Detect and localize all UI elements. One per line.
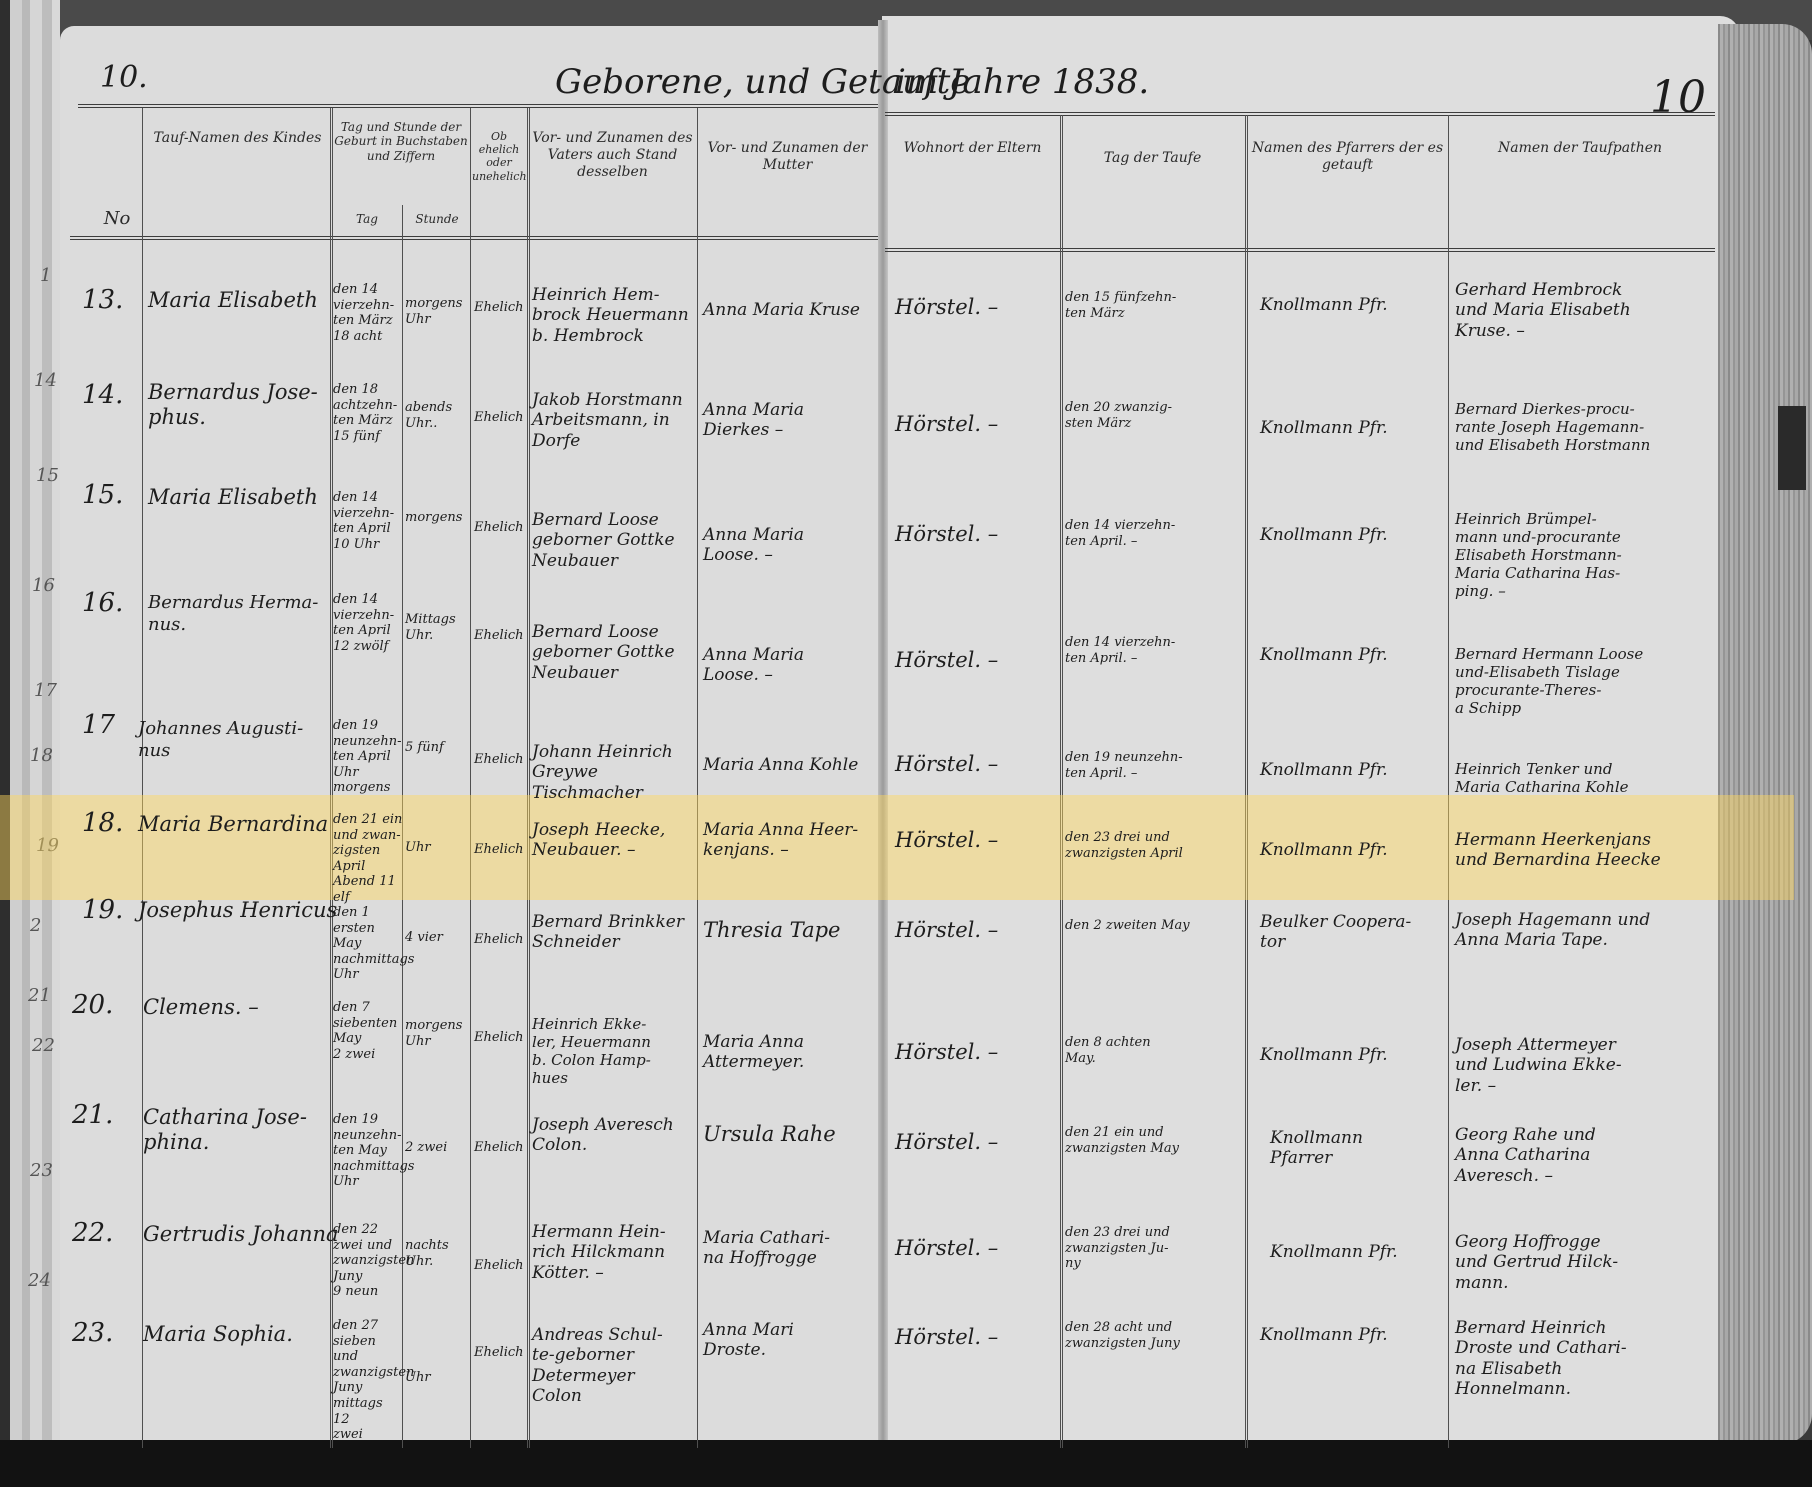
margin-number: 22 [32, 1035, 55, 1057]
father-name: Joseph Heecke, Neubauer. – [532, 820, 697, 861]
father-name: Andreas Schul- te-geborner Determeyer Co… [532, 1325, 697, 1407]
residence: Hörstel. – [895, 522, 998, 547]
margin-number: 16 [32, 575, 55, 597]
godparents: Gerhard Hembrock und Maria Elisabeth Kru… [1455, 280, 1710, 341]
margin-number: 1 [40, 265, 51, 287]
col-rule-priest [1448, 115, 1449, 1448]
priest-name: Knollmann Pfr. [1260, 760, 1388, 780]
residence: Hörstel. – [895, 1130, 998, 1155]
margin-number: 15 [36, 465, 59, 487]
legitimacy: Ehelich [474, 932, 524, 948]
birth-hour: morgens [405, 510, 469, 526]
baptism-day: den 15 fünfzehn- ten März [1065, 290, 1240, 321]
birth-hour: morgens Uhr [405, 1018, 469, 1049]
baptism-day: den 14 vierzehn- ten April. – [1065, 518, 1240, 549]
col-rule-baptism [1245, 115, 1248, 1448]
mother-name: Maria Anna Kohle [703, 755, 858, 775]
entry-number: 17 [82, 710, 115, 741]
baptism-day: den 28 acht und zwanzigsten Juny [1065, 1320, 1240, 1351]
child-name: Bernardus Herma- nus. [148, 592, 328, 635]
col-header-residence: Wohnort der Eltern [890, 140, 1055, 157]
birth-day: den 21 ein und zwan- zigsten April Abend… [333, 812, 403, 906]
entry-number: 19. [82, 895, 123, 926]
mother-name: Maria Anna Heer- kenjans. – [703, 820, 873, 861]
child-name: Maria Sophia. [143, 1322, 293, 1347]
residence: Hörstel. – [895, 412, 998, 437]
header-bottom-rule-left [70, 236, 878, 240]
entry-number: 15. [82, 480, 123, 511]
priest-name: Beulker Coopera- tor [1260, 912, 1445, 953]
residence: Hörstel. – [895, 1236, 998, 1261]
godparents: Joseph Attermeyer und Ludwina Ekke- ler.… [1455, 1035, 1710, 1096]
col-header-mother: Vor- und Zunamen der Mutter [700, 140, 875, 174]
residence: Hörstel. – [895, 648, 998, 673]
entry-number: 21. [72, 1100, 113, 1131]
col-header-baptism-day: Tag der Taufe [1065, 150, 1240, 167]
child-name: Catharina Jose- phina. [143, 1105, 328, 1155]
mother-name: Thresia Tape [703, 918, 840, 943]
father-name: Heinrich Hem- brock Heuermann b. Hembroc… [532, 285, 697, 346]
baptism-day: den 20 zwanzig- sten März [1065, 400, 1240, 431]
birth-hour: morgens Uhr [405, 296, 469, 327]
legitimacy: Ehelich [474, 628, 524, 644]
col-header-priest: Namen des Pfarrers der es getauft [1250, 140, 1445, 174]
father-name: Bernard Loose geborner Gottke Neubauer [532, 510, 697, 571]
margin-number: 2 [30, 915, 41, 937]
legitimacy: Ehelich [474, 842, 524, 858]
residence: Hörstel. – [895, 918, 998, 943]
mother-name: Maria Cathari- na Hoffrogge [703, 1228, 873, 1269]
legitimacy: Ehelich [474, 1345, 524, 1361]
birth-hour: Uhr [405, 1370, 431, 1386]
entry-number: 23. [72, 1318, 113, 1349]
register-title-right: im Jahre 1838. [895, 62, 1149, 103]
margin-number: 23 [30, 1160, 53, 1182]
birth-hour: Mittags Uhr. [405, 612, 469, 643]
child-name: Gertrudis Johanna [143, 1222, 339, 1247]
birth-day: den 1 ersten May nachmittags Uhr [333, 905, 403, 983]
godparents: Georg Hoffrogge und Gertrud Hilck- mann. [1455, 1232, 1710, 1293]
mother-name: Anna Maria Loose. – [703, 645, 873, 686]
col-header-birth: Tag und Stunde der Geburt in Buchstaben … [333, 120, 469, 163]
col-header-godparents: Namen der Taufpathen [1455, 140, 1705, 157]
father-name: Bernard Brinkker Schneider [532, 912, 697, 953]
header-top-rule-left [78, 104, 878, 108]
baptism-day: den 23 drei und zwanzigsten April [1065, 830, 1240, 861]
legitimacy: Ehelich [474, 410, 524, 426]
birth-hour: abends Uhr.. [405, 400, 469, 431]
priest-name: Knollmann Pfr. [1260, 840, 1388, 860]
father-name: Bernard Loose geborner Gottke Neubauer [532, 622, 697, 683]
baptism-day: den 21 ein und zwanzigsten May [1065, 1125, 1240, 1156]
father-name: Johann Heinrich Greywe Tischmacher [532, 742, 697, 803]
col-header-legitimate: Ob ehelich oder unehelich [472, 130, 526, 183]
child-name: Josephus Henricus [138, 898, 337, 923]
legitimacy: Ehelich [474, 1140, 524, 1156]
entry-number: 20. [72, 990, 113, 1021]
godparents: Bernard Hermann Loose und-Elisabeth Tisl… [1455, 645, 1710, 717]
baptism-day: den 23 drei und zwanzigsten Ju- ny [1065, 1225, 1240, 1272]
child-name: Bernardus Jose- phus. [148, 380, 328, 430]
godparents: Georg Rahe und Anna Catharina Averesch. … [1455, 1125, 1710, 1186]
residence: Hörstel. – [895, 295, 998, 320]
birth-day: den 22 zwei und zwanzigsten Juny 9 neun [333, 1222, 403, 1300]
col-rule-father [697, 108, 698, 1448]
entry-number: 22. [72, 1218, 113, 1249]
scan-bottom-shadow [0, 1440, 1812, 1487]
book-fore-edge [1718, 24, 1812, 1444]
godparents: Bernard Dierkes-procu- rante Joseph Hage… [1455, 400, 1710, 454]
legitimacy: Ehelich [474, 1258, 524, 1274]
page-tab-marker [1778, 406, 1806, 490]
col-header-number: No [92, 208, 142, 230]
father-name: Hermann Hein- rich Hilckmann Kötter. – [532, 1222, 697, 1283]
priest-name: Knollmann Pfr. [1260, 525, 1388, 545]
header-bottom-rule-right [885, 248, 1715, 252]
priest-name: Knollmann Pfr. [1270, 1242, 1398, 1262]
birth-hour: 5 fünf [405, 740, 469, 756]
entry-number: 16. [82, 588, 123, 619]
legitimacy: Ehelich [474, 520, 524, 536]
col-rule-birthhour [470, 108, 471, 1448]
baptism-day: den 19 neunzehn- ten April. – [1065, 750, 1240, 781]
col-header-father: Vor- und Zunamen des Vaters auch Stand d… [530, 130, 695, 180]
priest-name: Knollmann Pfr. [1260, 1045, 1388, 1065]
margin-number: 24 [28, 1270, 51, 1292]
godparents: Hermann Heerkenjans und Bernardina Heeck… [1455, 830, 1710, 871]
margin-number: 17 [34, 680, 57, 702]
priest-name: Knollmann Pfr. [1260, 1325, 1388, 1345]
father-name: Joseph Averesch Colon. [532, 1115, 697, 1156]
baptism-day: den 14 vierzehn- ten April. – [1065, 635, 1240, 666]
col-rule-residence [1060, 115, 1063, 1448]
residence: Hörstel. – [895, 1325, 998, 1350]
child-name: Johannes Augusti- nus [138, 718, 328, 761]
legitimacy: Ehelich [474, 1030, 524, 1046]
residence: Hörstel. – [895, 752, 998, 777]
father-name: Jakob Horstmann Arbeitsmann, in Dorfe [532, 390, 697, 451]
col-header-birth-day: Tag [333, 212, 401, 226]
birth-hour: 4 vier [405, 930, 443, 946]
birth-day: den 19 neunzehn- ten May nachmittags Uhr [333, 1112, 403, 1190]
child-name: Clemens. – [143, 995, 259, 1020]
birth-day: den 14 vierzehn- ten April 12 zwölf [333, 592, 403, 654]
mother-name: Anna Maria Kruse [703, 300, 873, 320]
birth-hour: 2 zwei [405, 1140, 447, 1156]
father-name: Heinrich Ekke- ler, Heuermann b. Colon H… [532, 1015, 697, 1087]
child-name: Maria Bernardina [138, 812, 328, 837]
baptism-day: den 2 zweiten May [1065, 918, 1190, 934]
col-rule-legit [527, 108, 530, 1448]
mother-name: Anna Mari Droste. [703, 1320, 873, 1361]
baptism-day: den 8 achten May. [1065, 1035, 1240, 1066]
book-left-binding [0, 0, 60, 1487]
mother-name: Maria Anna Attermeyer. [703, 1032, 873, 1073]
birth-hour: Uhr [405, 840, 469, 856]
residence: Hörstel. – [895, 828, 998, 853]
legitimacy: Ehelich [474, 752, 524, 768]
godparents: Heinrich Tenker und Maria Catharina Kohl… [1455, 760, 1710, 796]
birth-day: den 19 neunzehn- ten April Uhr morgens [333, 718, 403, 796]
godparents: Heinrich Brümpel- mann und-procurante El… [1455, 510, 1710, 600]
right-page-number: 10 [1650, 72, 1706, 125]
priest-name: Knollmann Pfr. [1260, 418, 1388, 438]
birth-day: den 14 vierzehn- ten April 10 Uhr [333, 490, 403, 552]
priest-name: Knollmann Pfr. [1260, 295, 1388, 315]
entry-number: 14. [82, 380, 123, 411]
mother-name: Anna Maria Dierkes – [703, 400, 873, 441]
godparents: Bernard Heinrich Droste und Cathari- na … [1455, 1318, 1710, 1400]
godparents: Joseph Hagemann und Anna Maria Tape. [1455, 910, 1710, 951]
margin-number: 14 [34, 370, 57, 392]
child-name: Maria Elisabeth [148, 485, 328, 510]
birth-day: den 27 sieben und zwanzigsten Juny mitta… [333, 1318, 403, 1443]
margin-number: 21 [28, 985, 51, 1007]
entry-number: 13. [82, 285, 123, 316]
birth-hour: nachts Uhr. [405, 1238, 469, 1269]
col-header-child-name: Tauf-Namen des Kindes [150, 130, 325, 147]
mother-name: Anna Maria Loose. – [703, 525, 873, 566]
priest-name: Knollmann Pfarrer [1270, 1128, 1440, 1169]
birth-day: den 14 vierzehn- ten März 18 acht [333, 282, 403, 344]
header-top-rule-right [885, 112, 1715, 116]
entry-number: 18. [82, 808, 123, 839]
col-header-birth-hour: Stunde [404, 212, 470, 226]
birth-day: den 18 achtzehn- ten März 15 fünf [333, 382, 403, 444]
mother-name: Ursula Rahe [703, 1122, 836, 1147]
priest-name: Knollmann Pfr. [1260, 645, 1388, 665]
book-gutter [878, 20, 888, 1460]
legitimacy: Ehelich [474, 300, 524, 316]
residence: Hörstel. – [895, 1040, 998, 1065]
child-name: Maria Elisabeth [148, 288, 328, 313]
left-page-number: 10. [100, 60, 148, 96]
margin-number: 18 [30, 745, 53, 767]
birth-day: den 7 siebenten May 2 zwei [333, 1000, 403, 1062]
